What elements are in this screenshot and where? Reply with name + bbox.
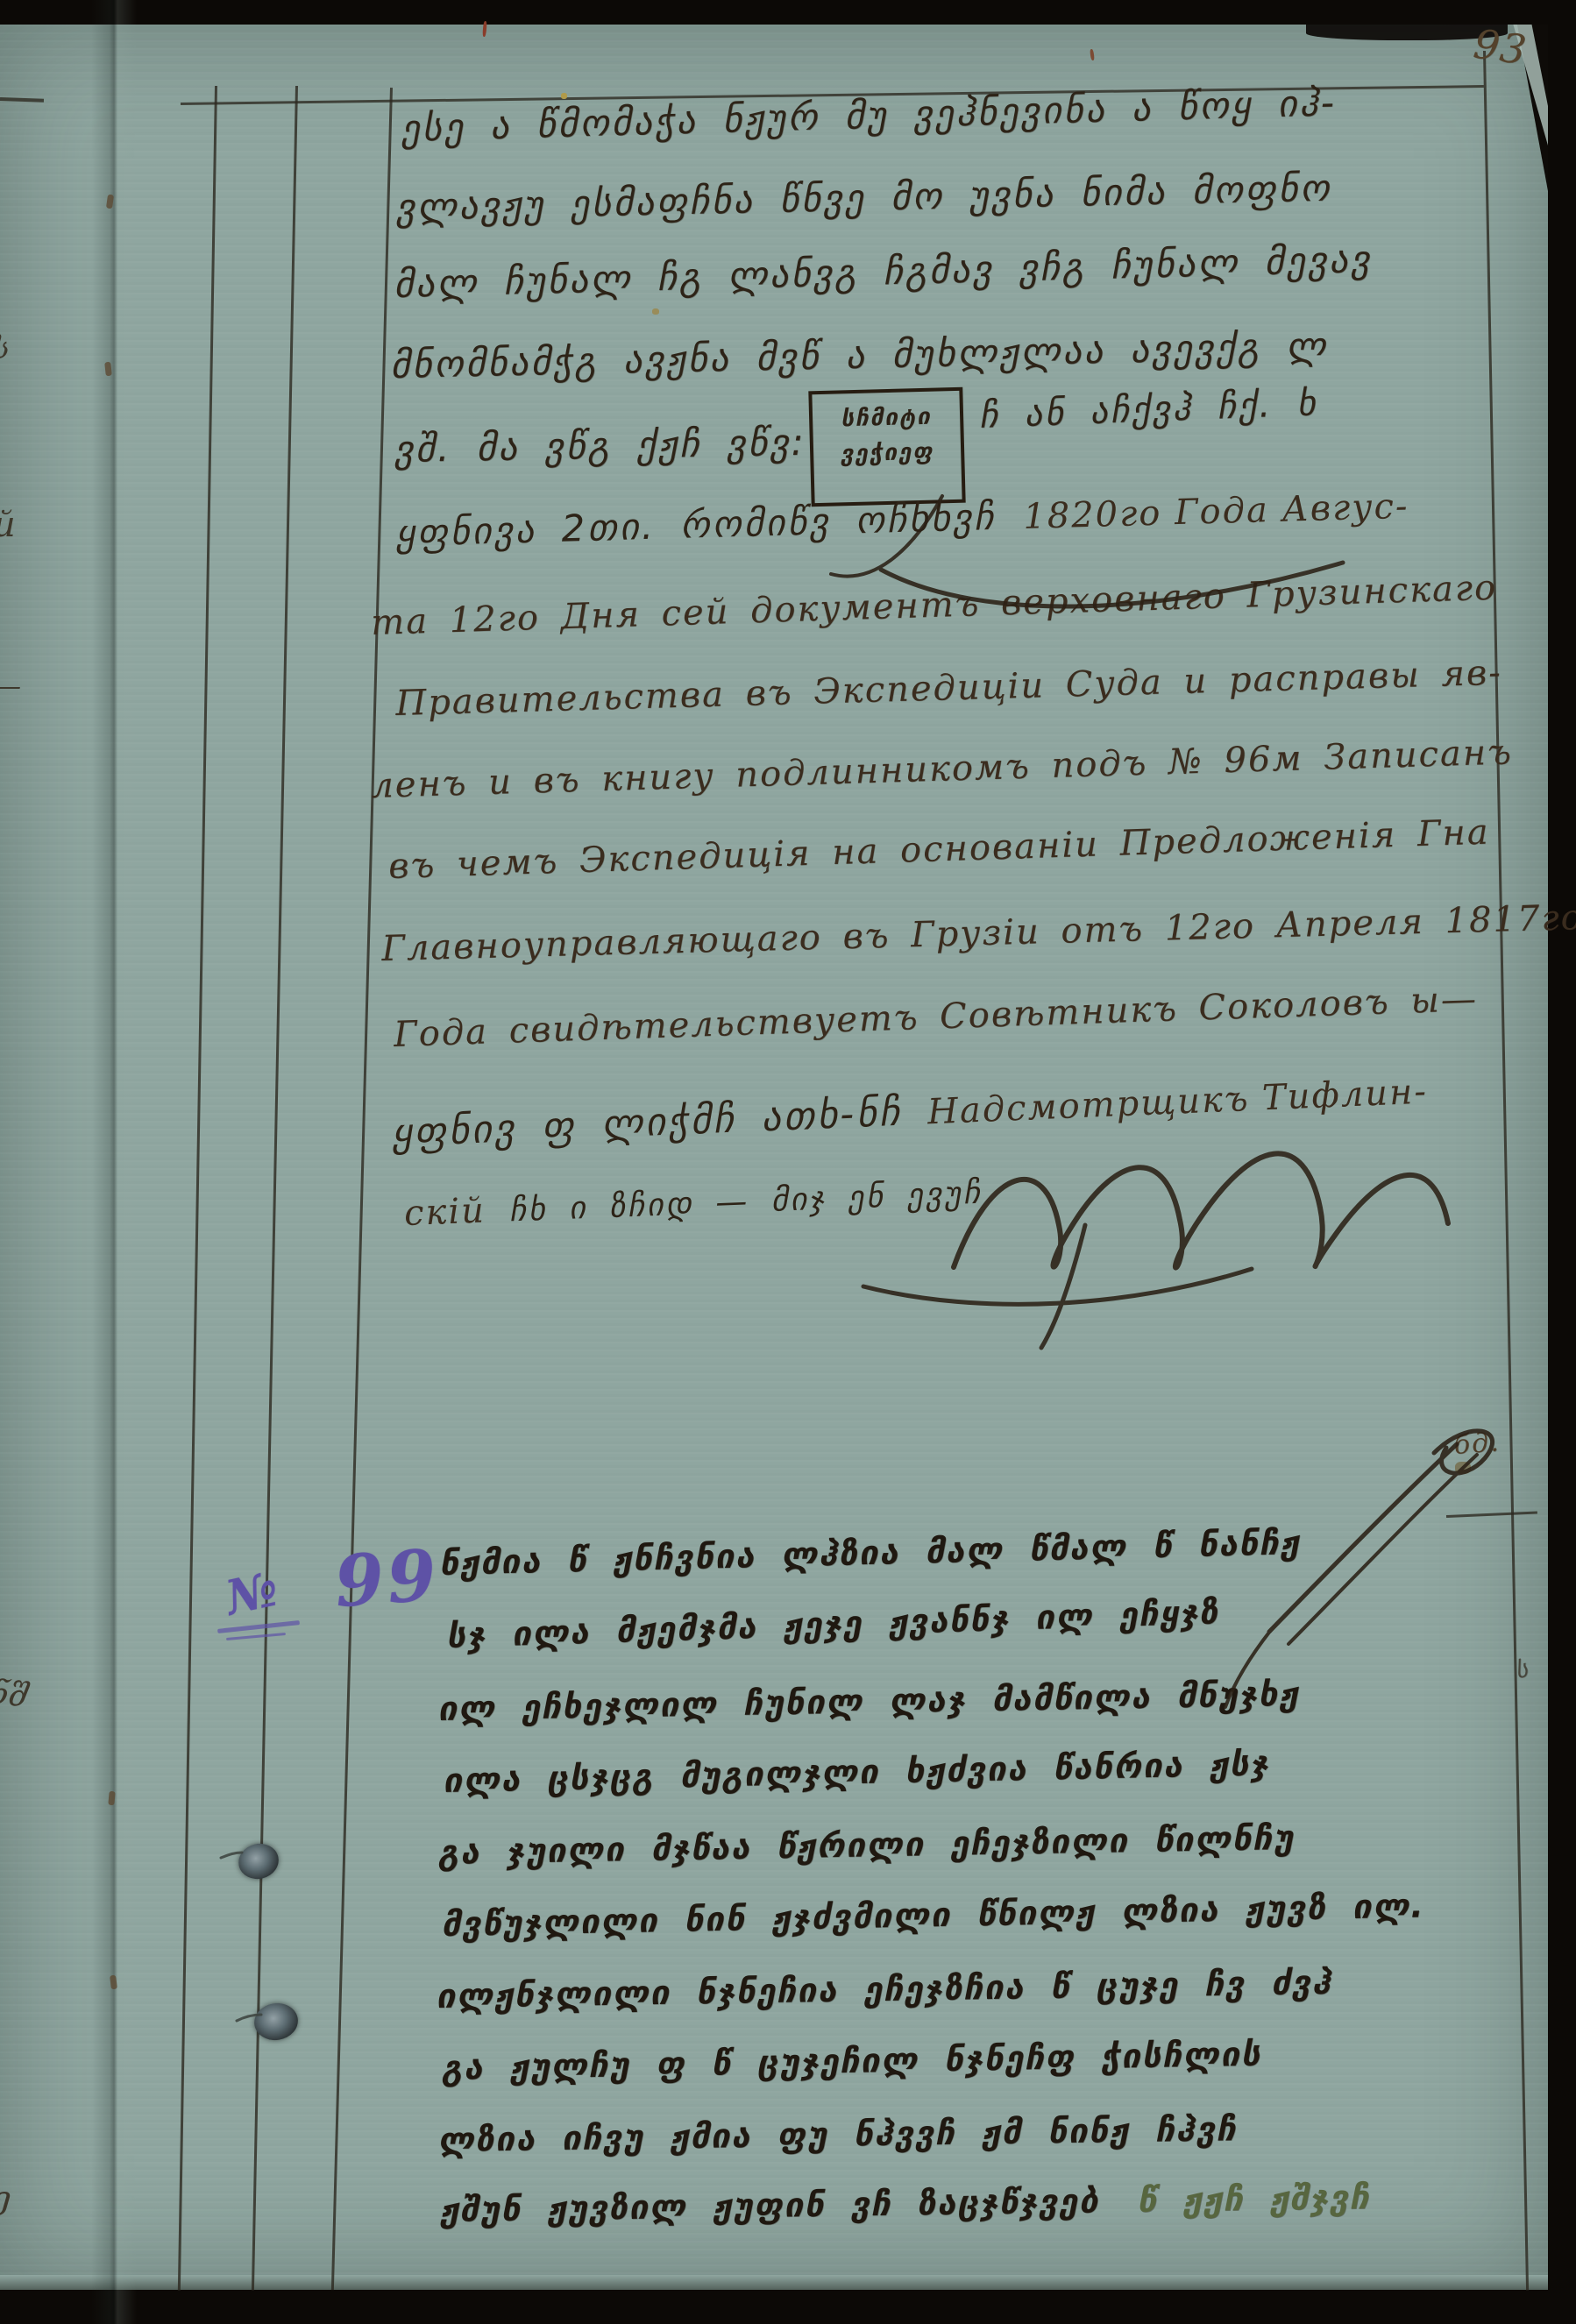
last-line-tail-olive-ink: წ ჟჟჩ ჟშჯვჩ: [1137, 2178, 1370, 2220]
stamp-box: სჩმიტი ვეჭიეფ: [808, 387, 965, 507]
left-edge-mark: —: [0, 671, 21, 702]
folio-number: 93: [1471, 20, 1530, 74]
line-h-russian: скій: [403, 1190, 486, 1234]
stamp-box-line: სჩმიტი: [813, 405, 961, 431]
scan-border-bottom: [0, 2290, 1576, 2324]
right-folio-mark: бд.: [1453, 1427, 1501, 1461]
stain-speck: [1455, 1462, 1471, 1474]
left-edge-mark: ნშ: [0, 1676, 29, 1715]
georgian-line: ვშ. მა ვწგ ქჟჩ ვწვ:: [394, 421, 806, 471]
bottom-edge-shadow: [0, 2275, 1548, 2290]
entry-number: 99: [332, 1534, 443, 1623]
scan-border-right: [1548, 0, 1576, 2324]
stamp-box-line: ვეჭიეფ: [813, 440, 962, 466]
stain-speck: [652, 308, 659, 315]
left-edge-mark: ს: [0, 331, 10, 366]
left-edge-mark: ე: [0, 2180, 11, 2216]
left-edge-mark: й: [0, 505, 16, 545]
manuscript-page-scan: 93 бд. ს ს й — ნშ ე ესე ა წმომაჭა ნჟურ მ…: [0, 0, 1576, 2324]
stain-speck: [561, 93, 567, 99]
scan-border-top: [0, 0, 1576, 25]
binding-stitch: [108, 1791, 115, 1806]
numero-symbol: №: [221, 1561, 283, 1626]
